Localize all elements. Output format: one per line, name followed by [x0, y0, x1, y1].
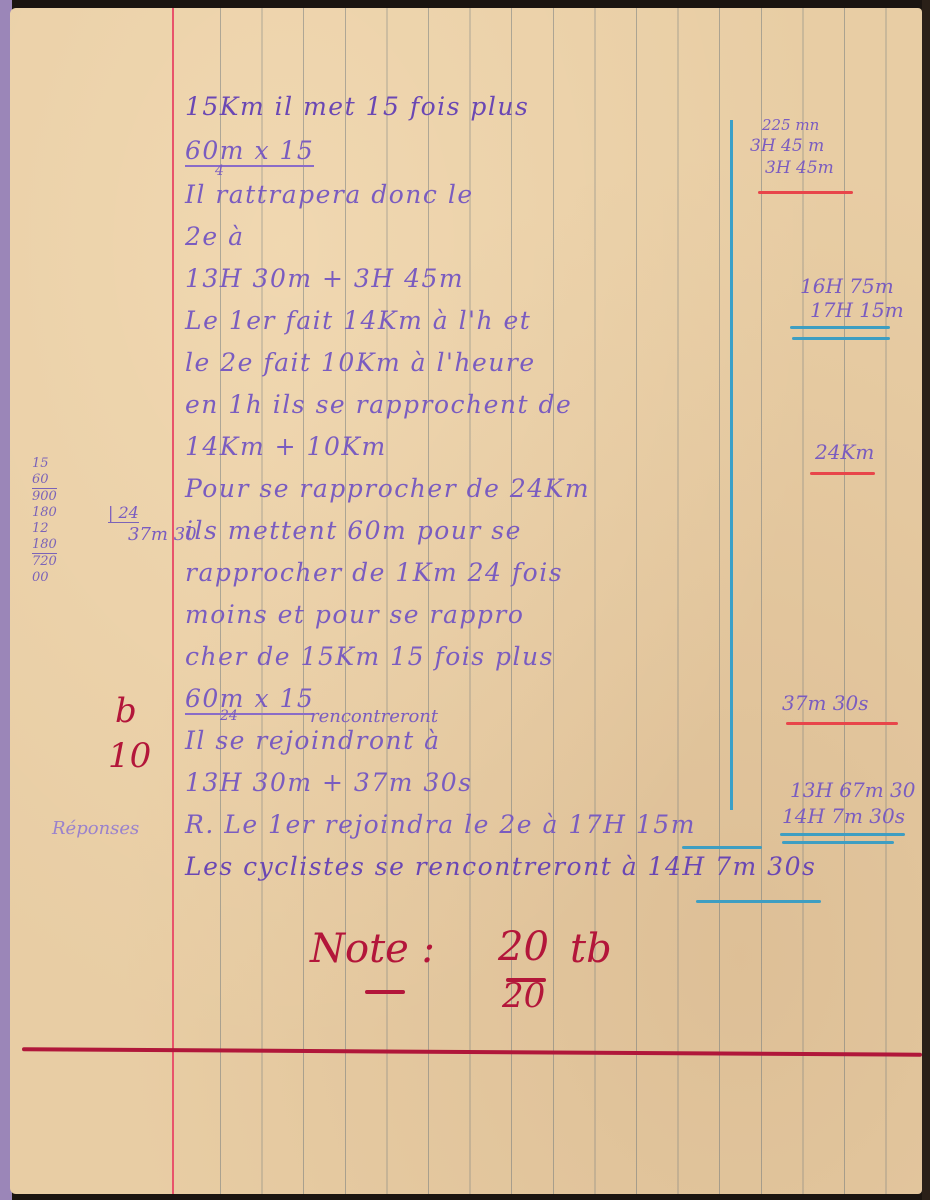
margin-division-divisor: | 24: [108, 503, 139, 523]
margin-calc-column: 15 60 900 180 12 180 720 00: [32, 456, 57, 586]
teacher-note-comment: tb: [570, 926, 612, 972]
page-right-edge: [922, 0, 930, 1200]
body-line-11: ils mettent 60m pour se: [185, 516, 522, 545]
red-underline-3: [810, 472, 875, 475]
body-line-18: R. Le 1er rejoindra le 2e à 17H 15m: [185, 810, 696, 839]
blue-column-rule: [730, 120, 733, 810]
right-calc-3: 24Km: [815, 440, 874, 464]
margin-calc-row: 00: [32, 570, 57, 586]
margin-calc-row: 15: [32, 456, 57, 472]
blue-underline-5a: [780, 833, 905, 836]
blue-underline-answer2: [696, 900, 821, 903]
blue-underline-2a: [790, 326, 890, 329]
body-line-19: Les cyclistes se rencontreront à 14H 7m …: [185, 852, 816, 881]
red-underline-1: [758, 191, 853, 194]
grade-mark-number: 10: [108, 736, 151, 776]
body-line-13: moins et pour se rappro: [185, 600, 524, 629]
margin-division-result: 37m 30: [128, 524, 197, 545]
body-line-16: Il se rejoindront à: [185, 726, 441, 755]
body-line-5: 13H 30m + 3H 45m: [185, 264, 464, 293]
body-line-8: en 1h ils se rapprochent de: [185, 390, 572, 419]
teacher-note-max: 20: [502, 976, 545, 1016]
body-line-7: le 2e fait 10Km à l'heure: [185, 348, 536, 377]
right-calc-4: 37m 30s: [782, 691, 868, 715]
body-line-2-text: 60m x 15: [185, 136, 314, 167]
body-line-12: rapprocher de 1Km 24 fois: [185, 558, 563, 587]
teacher-note-label: Note :: [310, 926, 435, 972]
subscript-4: 4: [215, 163, 224, 179]
body-line-15-text: 60m x 15: [185, 684, 314, 715]
body-line-17: 13H 30m + 37m 30s: [185, 768, 473, 797]
red-underline-4: [786, 722, 898, 725]
right-calc-2b: 17H 15m: [810, 298, 904, 322]
margin-calc-row: 900: [32, 488, 57, 505]
right-calc-2a: 16H 75m: [800, 274, 894, 298]
notebook-page: 15Km il met 15 fois plus 60m x 15 4 Il r…: [10, 8, 922, 1194]
blue-underline-5b: [782, 841, 894, 844]
teacher-note-score: 20: [498, 924, 549, 970]
right-calc-1a: 225 mn: [762, 116, 819, 134]
blue-underline-2b: [792, 337, 890, 340]
body-line-15: 60m x 15: [185, 684, 314, 713]
note-underline: [365, 990, 405, 994]
right-calc-5a: 13H 67m 30: [790, 778, 915, 802]
margin-calc-row: 60: [32, 472, 57, 488]
body-line-14: cher de 15Km 15 fois plus: [185, 642, 554, 671]
body-line-3: Il rattrapera donc le: [185, 180, 474, 209]
body-line-10: Pour se rapprocher de 24Km: [185, 474, 590, 503]
insert-rencontreront: rencontreront: [310, 706, 438, 727]
right-calc-5b: 14H 7m 30s: [782, 804, 905, 828]
margin-calc-row: 180: [32, 505, 57, 521]
subscript-24: 24: [220, 708, 238, 724]
body-line-6: Le 1er fait 14Km à l'h et: [185, 306, 531, 335]
reponses-label: Réponses: [52, 818, 139, 839]
margin-calc-row: 180: [32, 537, 57, 553]
right-calc-1c: 3H 45m: [765, 158, 834, 178]
right-calc-1b: 3H 45 m: [750, 136, 824, 156]
body-line-9: 14Km + 10Km: [185, 432, 387, 461]
body-line-4: 2e à: [185, 222, 245, 251]
blue-underline-answer1: [682, 846, 762, 849]
body-line-2: 60m x 15: [185, 136, 314, 165]
grade-mark-letter: b: [115, 691, 137, 731]
body-line-1: 15Km il met 15 fois plus: [185, 92, 529, 121]
red-margin-line: [172, 8, 174, 1194]
margin-calc-row: 720: [32, 553, 57, 570]
margin-calc-row: 12: [32, 521, 57, 537]
